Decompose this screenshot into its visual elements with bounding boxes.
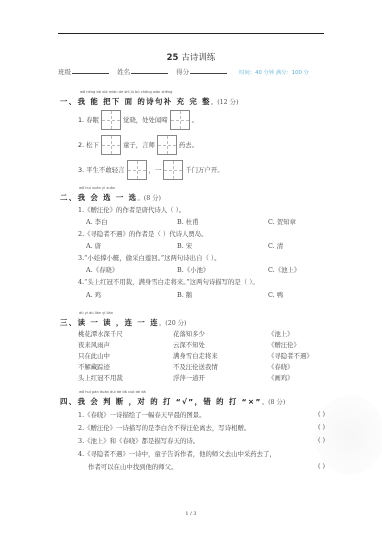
item-number: 3.	[78, 166, 84, 174]
text-segment: 松下	[86, 141, 99, 149]
student-info-row: 班级 姓名 得分 时间：40 分钟 满分：100 分	[58, 67, 309, 76]
match-item[interactable]: 《春晓》	[268, 362, 313, 373]
match-item[interactable]: 不解藏踪迹	[78, 362, 123, 373]
text-segment: 药去。	[179, 141, 198, 149]
fill-box[interactable]	[170, 110, 190, 130]
watermark-logo	[315, 395, 382, 475]
section-1-pinyin: wǒ néng bǎ xià miàn de shī jù bǔ chōng w…	[80, 90, 172, 94]
match-item[interactable]: 桃花潭水深千尺	[78, 329, 123, 340]
match-item[interactable]: 不及汪伦送我情	[173, 362, 218, 373]
fill-box[interactable]	[163, 160, 183, 180]
score-label: 得分	[176, 68, 189, 76]
name-label: 姓名	[117, 68, 130, 76]
class-blank[interactable]	[72, 67, 109, 74]
answer-blank[interactable]: ( )	[318, 462, 325, 470]
page-number: 1 / 3	[0, 511, 382, 517]
match-item[interactable]: 《画鸡》	[268, 373, 313, 384]
fill-item-3: 3. 平生不敢轻言，一千门万户开。	[78, 160, 224, 180]
section-4-pinyin: wǒ huì pàn duàn duì de dǎ cuò de dǎ	[79, 390, 146, 394]
section-3-pinyin: dú yi dú lián yi lián	[79, 311, 113, 315]
section-2-heading: 二、我 会 选 一 选。(8 分)	[60, 192, 161, 203]
option-b[interactable]: B.《小池》	[177, 265, 209, 274]
judge-item-2: 2.《赠汪伦》一诗描写的是李白舍不得汪伦离去，写诗相赠。	[78, 423, 250, 432]
match-item[interactable]: 夜来风雨声	[78, 340, 123, 351]
text-segment: 春眠	[86, 116, 99, 124]
answer-blank[interactable]: ( )	[318, 423, 325, 431]
match-item[interactable]: 满身雪白走将来	[173, 351, 218, 362]
match-item[interactable]: 《赠汪伦》	[268, 340, 313, 351]
page-title: 25古诗训练	[0, 51, 382, 63]
match-column-1: 桃花潭水深千尺 夜来风雨声 只在此山中 不解藏踪迹 头上红冠不用裁	[78, 329, 123, 384]
fill-box[interactable]	[101, 135, 121, 155]
answer-blank[interactable]: ( )	[318, 436, 325, 444]
match-item[interactable]: 云深不知处	[173, 340, 218, 351]
fill-box[interactable]	[101, 110, 121, 130]
item-number: 2.	[78, 141, 84, 149]
section-1-title: 一、我 能 把下 面 的诗句补 充 完 整	[60, 97, 211, 106]
option-a[interactable]: A. 李白	[86, 217, 107, 226]
option-a[interactable]: A. 鸡	[86, 290, 101, 299]
section-1-heading: 一、我 能 把下 面 的诗句补 充 完 整。(12 分)	[60, 96, 238, 107]
fill-box[interactable]	[157, 135, 177, 155]
top-rule	[58, 33, 324, 34]
section-3-score: 。(20 分)	[159, 320, 187, 327]
section-4-title: 四、我 会 判 断 ，对 的 打 “√”，错 的 打 “×”	[60, 397, 262, 406]
match-item[interactable]: 《池上》	[268, 329, 313, 340]
text-segment: 平生不敢轻言	[86, 166, 124, 174]
section-4-score: 。(8 分)	[262, 399, 286, 406]
judge-item-3: 3.《池上》和《春晓》都是描写春天的诗。	[78, 436, 199, 445]
option-a[interactable]: A.《春晓》	[86, 265, 118, 274]
question-2: 2.《寻隐者不遇》的作者是（ ）代诗人贾岛。	[78, 229, 208, 238]
text-segment: 童子，言师	[123, 141, 155, 149]
score-blank[interactable]	[190, 67, 227, 74]
option-b[interactable]: B. 宋	[177, 241, 192, 250]
text-segment: 觉晓，处处闻啼	[123, 116, 168, 124]
match-item[interactable]: 头上红冠不用裁	[78, 373, 123, 384]
fill-box[interactable]	[127, 160, 147, 180]
match-column-3: 《池上》 《赠汪伦》 《寻隐者不遇》 《春晓》 《画鸡》	[268, 329, 313, 384]
option-c[interactable]: C.《池上》	[268, 265, 300, 274]
judge-item-1: 1.《春晓》一诗描绘了一幅春天早晨的图景。	[78, 410, 206, 419]
section-3-heading: 三、读 一 读 ，连 一 连。(20 分)	[60, 317, 187, 328]
item-number: 1.	[78, 116, 84, 124]
option-a[interactable]: A. 唐	[86, 241, 101, 250]
answer-blank[interactable]: ( )	[318, 410, 325, 418]
title-text: 古诗训练	[181, 53, 215, 63]
section-4-heading: 四、我 会 判 断 ，对 的 打 “√”，错 的 打 “×”。(8 分)	[60, 396, 285, 407]
option-b[interactable]: B. 杜甫	[177, 217, 199, 226]
option-c[interactable]: C. 鸭	[268, 290, 283, 299]
judge-item-4: 4.《寻隐者不遇》一诗中，童子告诉作者，他的师父去山中采药去了，	[78, 449, 276, 458]
fill-item-2: 2. 松下童子，言师药去。	[78, 135, 198, 155]
option-b[interactable]: B. 鹅	[177, 290, 192, 299]
section-2-score: 。(8 分)	[137, 195, 161, 202]
match-item[interactable]: 《寻隐者不遇》	[268, 351, 313, 362]
section-2-pinyin: wǒ huì xuǎn yì xuǎn	[79, 186, 115, 190]
judge-item-4-cont: 作者可以在山中找到他的师父。	[88, 462, 177, 471]
question-4: 4.“头上红冠不用裁，满身雪白走将来。”这两句诗描写的是（ ）。	[78, 277, 259, 286]
time-info: 时间：40 分钟 满分：100 分	[239, 70, 309, 76]
question-3: 3.“小娃撑小艇，偷采白莲回。”这两句诗出自（ ）。	[78, 253, 220, 262]
fill-item-1: 1. 春眠觉晓，处处闻啼。	[78, 110, 198, 130]
match-item[interactable]: 浮萍一道开	[173, 373, 218, 384]
question-1: 1.《赠汪伦》的作者是唐代诗人（ ）。	[78, 205, 185, 214]
lesson-number: 25	[167, 53, 179, 63]
section-1-score: 。(12 分)	[211, 99, 239, 106]
match-item[interactable]: 只在此山中	[78, 351, 123, 362]
section-2-title: 二、我 会 选 一 选	[60, 193, 137, 202]
text-segment: 。	[192, 116, 198, 124]
match-item[interactable]: 花落知多少	[173, 329, 218, 340]
option-c[interactable]: C. 贺知章	[268, 217, 296, 226]
text-segment: 千门万户开。	[185, 166, 223, 174]
match-column-2: 花落知多少 云深不知处 满身雪白走将来 不及汪伦送我情 浮萍一道开	[173, 329, 218, 384]
section-3-title: 三、读 一 读 ，连 一 连	[60, 318, 159, 327]
option-c[interactable]: C. 清	[268, 241, 283, 250]
name-blank[interactable]	[131, 67, 168, 74]
text-segment: ，一	[149, 166, 162, 174]
class-label: 班级	[58, 68, 71, 76]
